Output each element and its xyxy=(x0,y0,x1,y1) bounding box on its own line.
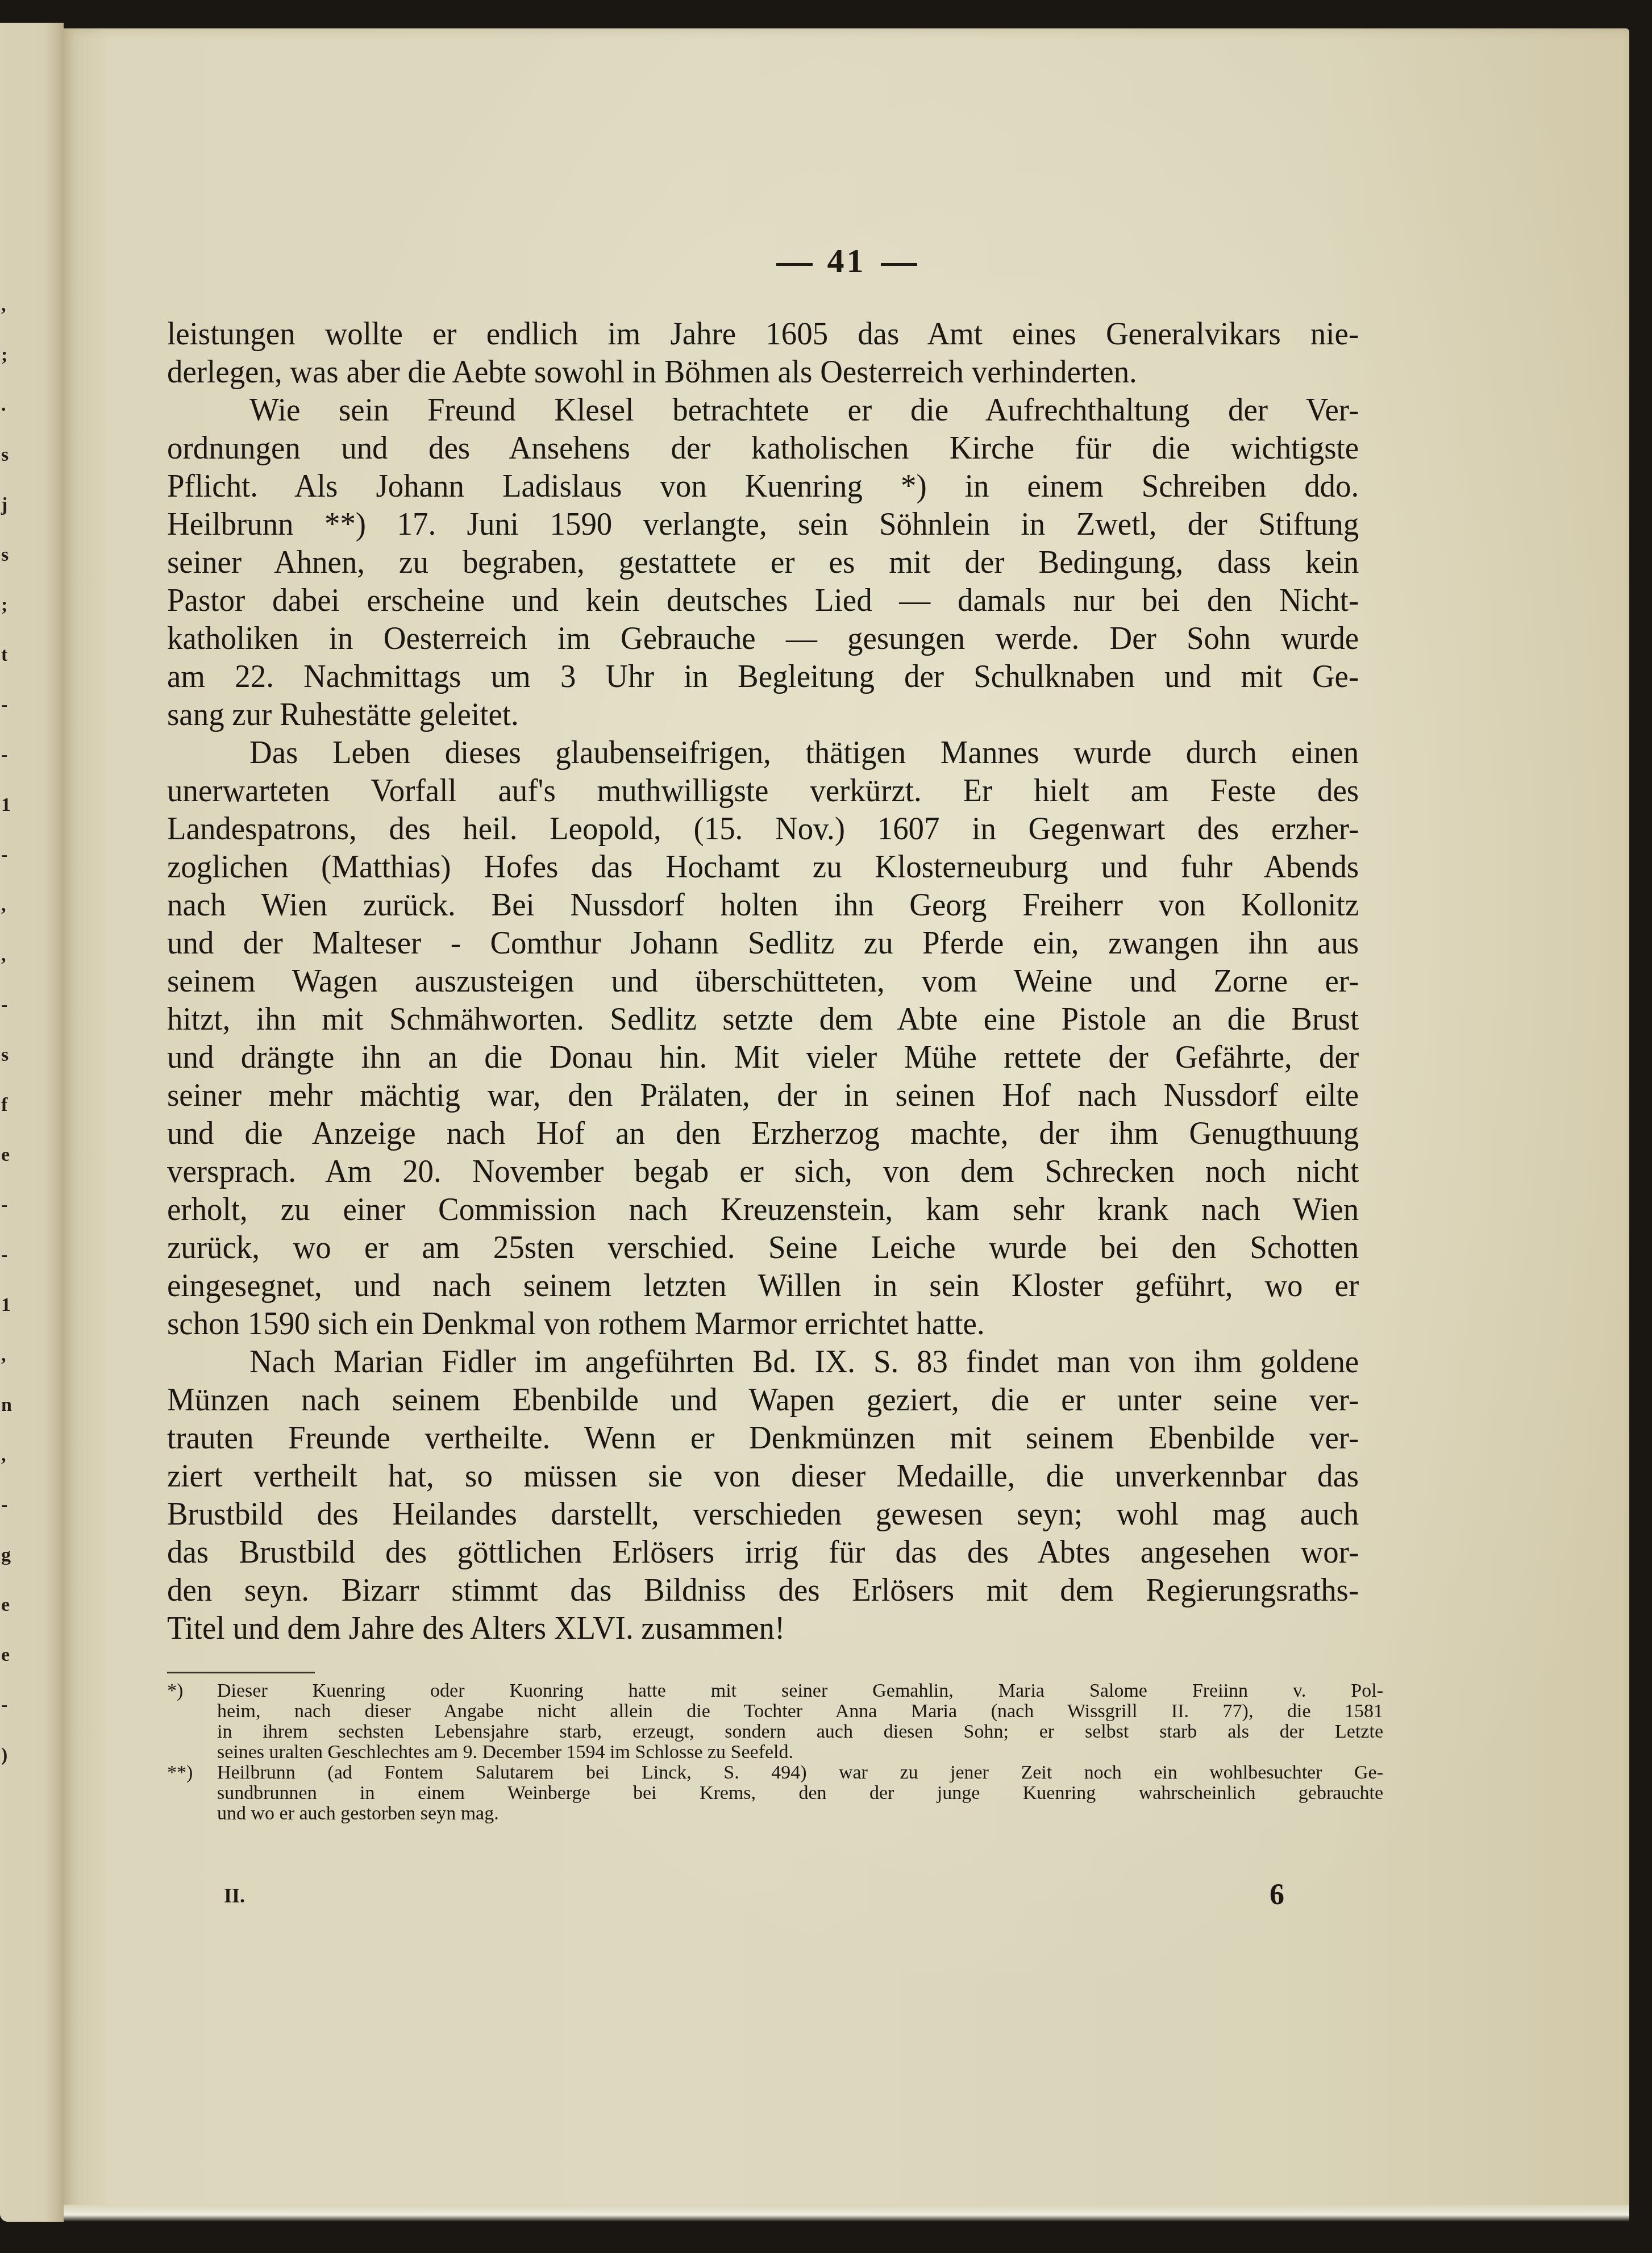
text-line: Heilbrunn **) 17. Juni 1590 verlangte, s… xyxy=(167,506,1359,544)
left-page-glyph: ) xyxy=(1,1746,7,1765)
text-line: Pastor dabei erscheine und kein deutsche… xyxy=(167,582,1359,620)
text-line: das Brustbild des göttlichen Erlösers ir… xyxy=(167,1534,1359,1572)
text-line: den seyn. Bizarr stimmt das Bildniss des… xyxy=(167,1572,1359,1610)
text-line: ziert vertheilt hat, so müssen sie von d… xyxy=(167,1457,1359,1496)
text-line: Das Leben dieses glaubenseifrigen, thäti… xyxy=(167,734,1359,772)
text-line: am 22. Nachmittags um 3 Uhr in Begleitun… xyxy=(167,658,1359,696)
text-line: seiner Ahnen, zu begraben, gestattete er… xyxy=(167,544,1359,582)
left-page-glyph: , xyxy=(1,946,6,965)
left-page-glyph: , xyxy=(1,1446,6,1465)
text-line: leistungen wollte er endlich im Jahre 16… xyxy=(167,315,1359,353)
text-line: Pflicht. Als Johann Ladislaus von Kuenri… xyxy=(167,468,1359,506)
footnote-text: Dieser Kuenring oder Kuonring hatte mit … xyxy=(217,1680,1383,1701)
left-page-glyph: ; xyxy=(1,345,7,365)
footnote-marker: *) xyxy=(167,1681,213,1701)
signature-sheet-number: 6 xyxy=(1270,1878,1284,1911)
text-line: versprach. Am 20. November begab er sich… xyxy=(167,1153,1359,1191)
left-page-glyph: j xyxy=(1,495,7,515)
left-facing-page-edge: ,;.sjs;t--1-,,-sfe--1,n,-gee-) xyxy=(0,23,64,2222)
page-header: 41 xyxy=(64,241,1629,281)
text-line: Landespatrons, des heil. Leopold, (15. N… xyxy=(167,810,1359,848)
header-dash-right xyxy=(881,263,917,266)
footnote-text: und wo er auch gestorben seyn mag. xyxy=(217,1803,499,1824)
left-page-glyph: 1 xyxy=(1,796,11,815)
left-page-glyph: e xyxy=(1,1646,10,1665)
text-line: erholt, zu einer Commission nach Kreuzen… xyxy=(167,1191,1359,1229)
header-dash-left xyxy=(776,263,813,266)
left-page-glyph: , xyxy=(1,1346,6,1365)
book-page: 41 leistungen wollte er endlich im Jahre… xyxy=(64,28,1629,2216)
footnote-marker: **) xyxy=(167,1763,213,1783)
text-line: ordnungen und des Ansehens der katholisc… xyxy=(167,430,1359,468)
left-page-glyph: e xyxy=(1,1596,10,1615)
footnote-line: sundbrunnen in einem Weinberge bei Krems… xyxy=(167,1783,1383,1804)
left-page-text-fragments: ,;.sjs;t--1-,,-sfe--1,n,-gee-) xyxy=(0,23,11,2222)
text-line: und drängte ihn an die Donau hin. Mit vi… xyxy=(167,1039,1359,1077)
text-line: und die Anzeige nach Hof an den Erzherzo… xyxy=(167,1115,1359,1153)
text-line: Münzen nach seinem Ebenbilde und Wapen g… xyxy=(167,1381,1359,1419)
left-page-glyph: , xyxy=(1,295,6,315)
text-line: derlegen, was aber die Aebte sowohl in B… xyxy=(167,353,1359,392)
footnote-text: sundbrunnen in einem Weinberge bei Krems… xyxy=(217,1783,1383,1804)
text-line: Brustbild des Heilandes darstellt, versc… xyxy=(167,1496,1359,1534)
left-page-glyph: t xyxy=(1,646,7,665)
left-page-glyph: - xyxy=(1,846,7,865)
left-page-glyph: s xyxy=(1,445,9,465)
left-page-glyph: g xyxy=(1,1546,11,1565)
text-line: Titel und dem Jahre des Alters XLVI. zus… xyxy=(167,1610,1359,1648)
footnotes: *)Dieser Kuenring oder Kuonring hatte mi… xyxy=(167,1681,1383,1824)
footnote-text: heim, nach dieser Angabe nicht allein di… xyxy=(217,1701,1383,1722)
left-page-glyph: , xyxy=(1,896,6,915)
left-page-glyph: n xyxy=(1,1396,12,1415)
text-line: katholiken in Oesterreich im Gebrauche —… xyxy=(167,620,1359,658)
footnote-line: heim, nach dieser Angabe nicht allein di… xyxy=(167,1701,1383,1722)
text-line: zurück, wo er am 25sten verschied. Seine… xyxy=(167,1229,1359,1267)
left-page-glyph: - xyxy=(1,996,7,1015)
page-number: 41 xyxy=(827,242,866,280)
text-line: unerwarteten Vorfall auf's muthwilligste… xyxy=(167,772,1359,810)
text-line: nach Wien zurück. Bei Nussdorf holten ih… xyxy=(167,886,1359,924)
text-line: seiner mehr mächtig war, den Prälaten, d… xyxy=(167,1077,1359,1115)
text-line: schon 1590 sich ein Denkmal von rothem M… xyxy=(167,1305,1359,1343)
text-line: und der Malteser - Comthur Johann Sedlit… xyxy=(167,924,1359,963)
footnote-text: Heilbrunn (ad Fontem Salutarem bei Linck… xyxy=(217,1762,1383,1783)
footnote-separator-rule xyxy=(167,1672,315,1673)
text-line: eingesegnet, und nach seinem letzten Wil… xyxy=(167,1267,1359,1305)
left-page-glyph: f xyxy=(1,1096,7,1115)
left-page-glyph: - xyxy=(1,1196,7,1215)
left-page-glyph: s xyxy=(1,545,9,565)
left-page-glyph: - xyxy=(1,1696,7,1715)
text-line: Nach Marian Fidler im angeführten Bd. IX… xyxy=(167,1343,1359,1381)
text-line: seinem Wagen auszusteigen und überschütt… xyxy=(167,963,1359,1001)
text-line: trauten Freunde vertheilte. Wenn er Denk… xyxy=(167,1419,1359,1457)
footnote-line: **)Heilbrunn (ad Fontem Salutarem bei Li… xyxy=(167,1763,1383,1783)
text-line: Wie sein Freund Klesel betrachtete er di… xyxy=(167,392,1359,430)
left-page-glyph: - xyxy=(1,1246,7,1265)
left-page-glyph: . xyxy=(1,395,6,415)
footnote-line: und wo er auch gestorben seyn mag. xyxy=(167,1804,1383,1824)
page-bottom-edge xyxy=(64,2205,1629,2222)
text-line: zoglichen (Matthias) Hofes das Hochamt z… xyxy=(167,848,1359,886)
footnote-line: seines uralten Geschlechtes am 9. Decemb… xyxy=(167,1742,1383,1763)
left-page-glyph: 1 xyxy=(1,1296,11,1315)
left-page-glyph: ; xyxy=(1,595,7,615)
left-page-glyph: s xyxy=(1,1046,9,1065)
text-line: sang zur Ruhestätte geleitet. xyxy=(167,696,1359,734)
left-page-glyph: - xyxy=(1,696,7,715)
signature-volume-mark: II. xyxy=(224,1884,245,1908)
left-page-glyph: - xyxy=(1,746,7,765)
footnote-line: *)Dieser Kuenring oder Kuonring hatte mi… xyxy=(167,1681,1383,1701)
main-text-body: leistungen wollte er endlich im Jahre 16… xyxy=(167,315,1359,1648)
footnote-text: seines uralten Geschlechtes am 9. Decemb… xyxy=(217,1742,793,1763)
text-line: hitzt, ihn mit Schmähworten. Sedlitz set… xyxy=(167,1001,1359,1039)
left-page-glyph: e xyxy=(1,1146,10,1165)
footnote-line: in ihrem sechsten Lebensjahre starb, erz… xyxy=(167,1722,1383,1742)
footnote-text: in ihrem sechsten Lebensjahre starb, erz… xyxy=(217,1721,1383,1742)
left-page-glyph: - xyxy=(1,1496,7,1515)
